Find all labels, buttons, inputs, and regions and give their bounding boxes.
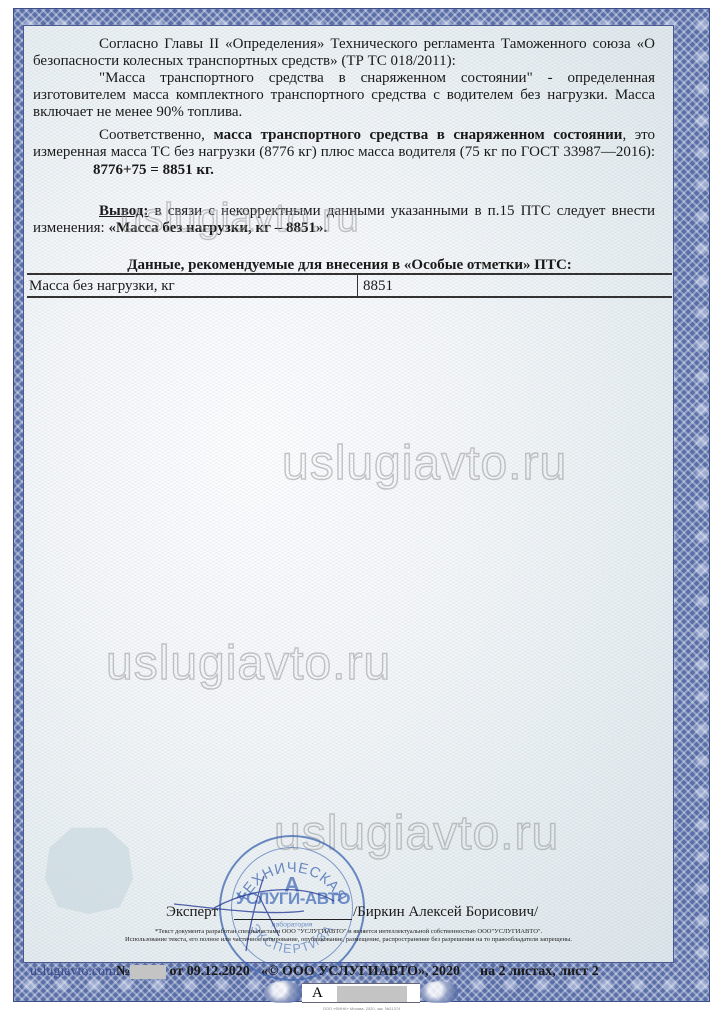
conclusion-prefix: изменения:	[33, 220, 108, 236]
paragraph-calculation-line2: измеренная масса ТС без нагрузки (8776 к…	[33, 144, 655, 161]
calc-prefix: Соответственно,	[99, 127, 205, 143]
copyright-note-line2: Использование текста, его полное или час…	[24, 936, 673, 944]
signature-line	[234, 919, 352, 920]
recommended-data-table: Масса без нагрузки, кг 8851	[27, 273, 672, 298]
copyright-note-line1: *Текст документа разработан специалистам…	[24, 928, 673, 936]
redacted-form-number	[337, 986, 407, 1002]
ornament-left	[264, 981, 302, 1003]
footer-document-number: uslugiavto.com№ от 09.12.2020	[30, 964, 250, 980]
table-row: Масса без нагрузки, кг 8851	[27, 275, 672, 296]
paragraph-regulation-line1: Согласно Главы II «Определения» Техничес…	[99, 36, 655, 53]
printer-note: ООО «ФИНК» Москва, 2020, зак. №21374	[0, 1006, 723, 1011]
footer-date: от 09.12.2020	[170, 964, 250, 979]
calculation-formula: 8776+75 = 8851 кг.	[93, 162, 493, 179]
paragraph-definition-line3: включает не менее 90% топлива.	[33, 104, 655, 121]
paragraph-calculation-line1: Соответственно, масса транспортного сред…	[99, 127, 655, 144]
footer-pages: на 2 листах, лист 2	[480, 964, 599, 980]
footer-site: uslugiavto.com	[30, 964, 116, 979]
document-page: Согласно Главы II «Определения» Техничес…	[23, 25, 674, 963]
form-series: А	[312, 985, 323, 1001]
hologram-seal	[45, 826, 133, 914]
watermark-3: uslugiavto.ru	[106, 636, 391, 691]
signature-name: /Биркин Алексей Борисович/	[353, 904, 538, 921]
table-title: Данные, рекомендуемые для внесения в «Ос…	[24, 257, 675, 274]
calc-suffix: , это	[622, 127, 655, 143]
table-cell-value: 8851	[358, 275, 672, 296]
watermark-1: uslugiavto.ru	[120, 196, 360, 241]
watermark-2: uslugiavto.ru	[282, 436, 567, 491]
footer-number-sign: №	[116, 964, 130, 979]
redacted-number	[130, 965, 166, 979]
paragraph-regulation-line2: безопасности колесных транспортных средс…	[33, 53, 655, 70]
footer-copyright: «© ООО УСЛУГИАВТО», 2020	[261, 964, 460, 980]
form-series-plate: А	[302, 983, 420, 1003]
paragraph-definition-line1: "Масса транспортного средства в снаряжен…	[99, 70, 655, 87]
signature-role: Эксперт	[166, 904, 218, 921]
calc-bold-term: масса транспортного средства в снаряженн…	[213, 127, 622, 143]
ornament-right	[420, 981, 458, 1003]
table-cell-label: Масса без нагрузки, кг	[27, 275, 358, 296]
paragraph-definition-line2: изготовителем масса комплектного транспо…	[33, 87, 655, 104]
